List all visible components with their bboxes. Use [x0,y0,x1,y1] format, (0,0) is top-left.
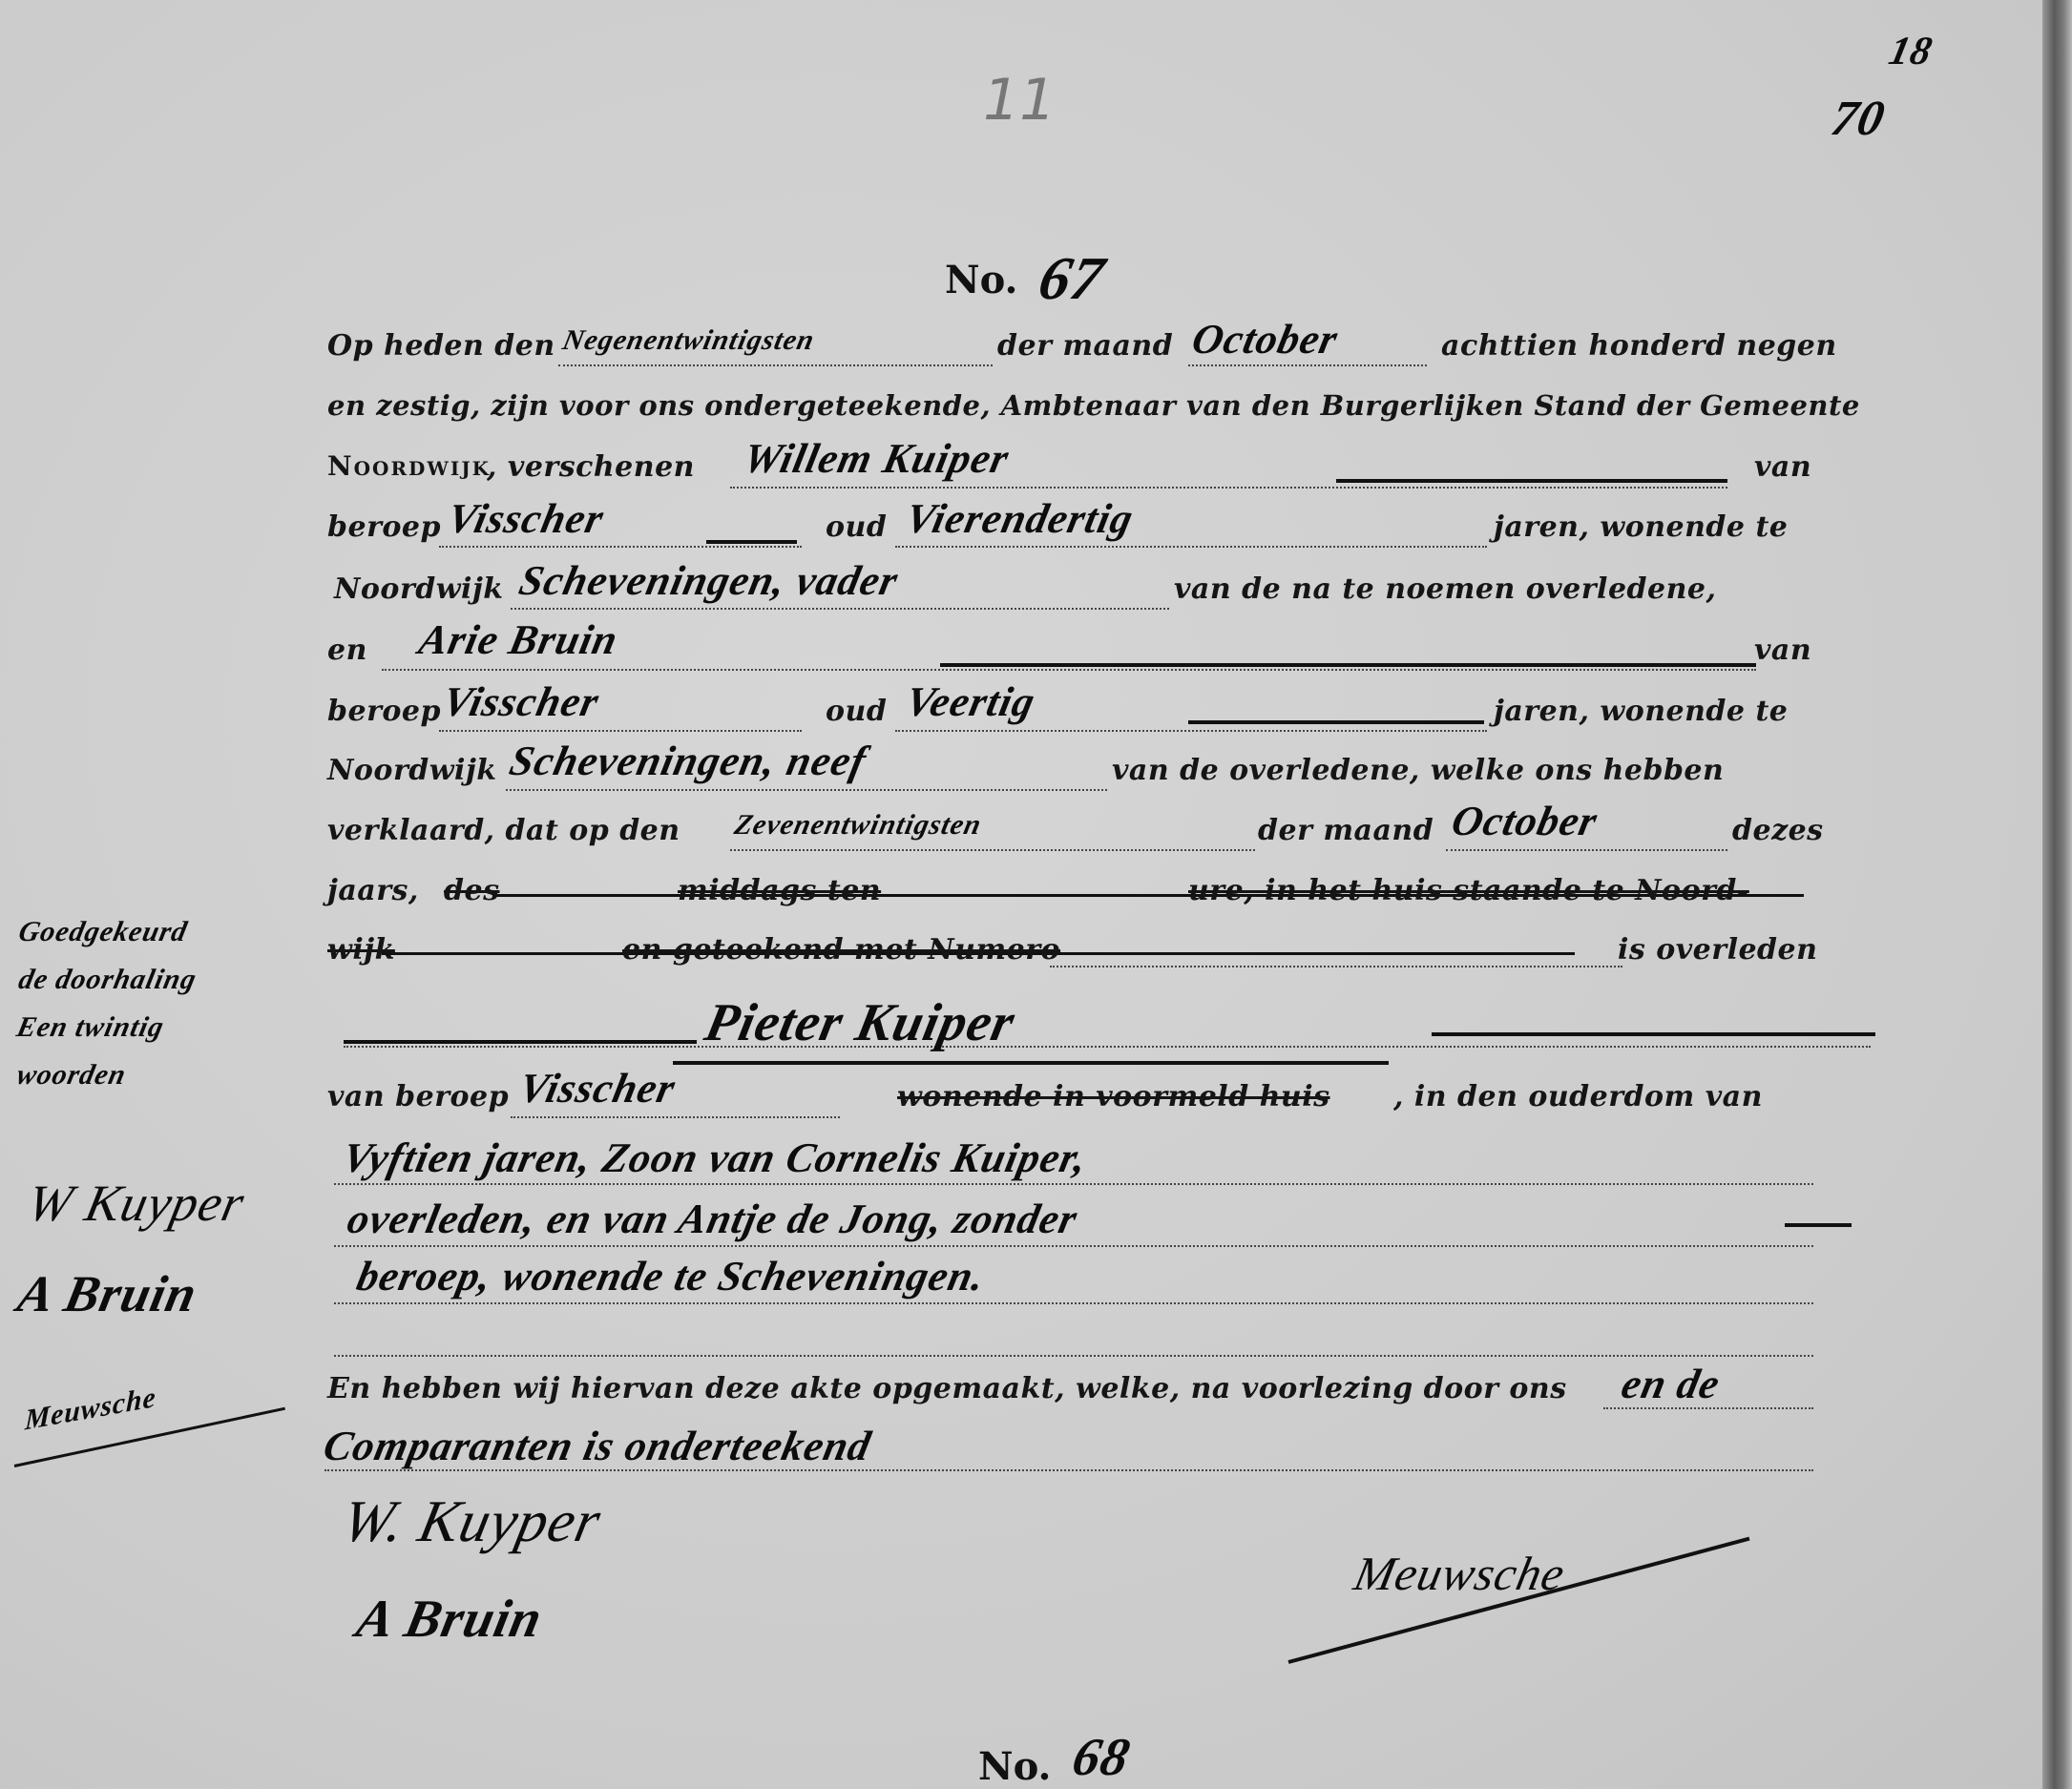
printed-text: van [1754,450,1811,484]
printed-text: van beroep [327,1080,509,1113]
fill-in-line [334,1302,1813,1304]
filler-rule [1336,479,1727,483]
handwritten-occupation: Visscher [444,494,609,543]
filler-rule [344,1040,697,1044]
next-act-number: 68 [1067,1727,1136,1788]
struck-printed-text: ure, in het huis staande te Noord- [1188,874,1749,907]
printed-text: , verschenen [487,450,695,484]
name-underline [673,1061,1389,1065]
struck-printed-text: wonende in voormeld huis [897,1080,1330,1113]
handwritten-death-month: October [1448,797,1602,845]
printed-text: beroep [327,695,441,728]
printed-text: van de na te noemen overledene, [1174,572,1716,606]
printed-text: der maand [997,329,1173,363]
folio-number-bottom: 70 [1827,91,1891,147]
handwritten-closing: Comparanten is onderteekend [320,1422,876,1470]
handwritten-age-parents: Vyftien jaren, Zoon van Cornelis Kuiper, [339,1134,1093,1182]
margin-note-line: de doorhaling [15,964,199,996]
margin-signature: W Kuyper [22,1174,250,1233]
printed-text: oud [826,510,887,544]
handwritten-age: Vierendertig [902,494,1139,543]
fill-in-line [511,1116,840,1118]
printed-text: van [1754,634,1811,667]
printed-text: verklaard, dat op den [327,814,680,847]
handwritten-residence-relation: Scheveningen, neef [506,737,871,785]
fill-in-line [506,789,1107,791]
printed-text: , in den ouderdom van [1393,1080,1763,1113]
fill-in-line [334,1183,1813,1185]
fill-in-line [382,669,1756,671]
handwritten-deceased-name: Pieter Kuiper [700,992,1020,1053]
printed-text: is overleden [1618,933,1817,967]
margin-signature: Meuwsche [24,1382,157,1438]
handwritten-occupation: Visscher [439,677,604,726]
fill-in-line [895,546,1487,548]
handwritten-occupation: Visscher [515,1064,680,1113]
fill-in-line [730,849,1255,851]
printed-text: Noordwijk [327,754,497,787]
fill-in-line [344,1046,1871,1048]
handwritten-declarant-1-name: Willem Kuiper [740,434,1014,483]
handwritten-mother: overleden, en van Antje de Jong, zonder [344,1195,1082,1243]
handwritten-closing: en de [1618,1360,1725,1408]
fill-in-line [1188,364,1427,366]
fill-in-line [334,1245,1813,1247]
signature-declarant-2: A Bruin [351,1589,548,1650]
filler-rule [706,540,797,544]
printed-text: beroep [327,510,441,544]
fill-in-line [895,730,1487,732]
pencil-mark-top: 11 [983,67,1056,134]
printed-text: Op heden den [327,329,555,363]
handwritten-residence-relation: Scheveningen, vader [515,556,903,605]
fill-in-line [1446,849,1727,851]
printed-text: van de overledene, welke ons hebben [1112,754,1724,787]
fill-in-line [439,730,802,732]
printed-text: der maand [1258,814,1434,847]
filler-rule [1785,1223,1852,1227]
fill-in-line [558,364,993,366]
printed-text: oud [826,695,887,728]
margin-note-line: woorden [13,1059,129,1092]
printed-text: jaars, [327,874,419,907]
fill-in-line [439,546,802,548]
printed-text: Noordwijk [334,572,504,606]
margin-signature: A Bruin [12,1264,202,1323]
struck-printed-text: wijk [327,933,395,967]
fill-in-line [1050,966,1622,967]
printed-text: jaren, wonende te [1494,510,1788,544]
handwritten-month: October [1188,315,1343,364]
act-number: 67 [1033,243,1111,314]
next-act-number-label: No. [978,1744,1051,1789]
act-number-label: No. [945,258,1017,302]
struck-printed-text: des [444,874,499,907]
closing-text: En hebben wij hiervan deze akte opgemaak… [327,1372,1567,1405]
book-binding-edge [2042,0,2072,1789]
handwritten-mother-residence: beroep, wonende te Scheveningen. [353,1252,990,1300]
register-page: 11 18 70 No. 67 Op heden den Negenentwin… [0,0,2072,1789]
printed-text: dezes [1732,814,1824,847]
printed-text: en [327,634,367,667]
handwritten-declarant-2-name: Arie Bruin [415,615,623,664]
handwritten-day: Negenentwintigsten [559,324,817,357]
municipality-name: Noordwijk [327,450,491,482]
filler-rule [1432,1032,1875,1036]
struck-printed-text: en geteekend met Numero [622,933,1060,967]
signature-declarant-1: W. Kuyper [336,1488,607,1556]
margin-note-line: Een twintig [13,1011,167,1044]
struck-printed-text: middags ten [678,874,881,907]
fill-in-line [511,608,1169,610]
folio-number-top: 18 [1885,29,1936,74]
handwritten-death-day: Zevenentwintigsten [731,809,984,842]
margin-note-line: Goedgekeurd [15,916,190,948]
fill-in-line [730,487,1727,489]
filler-rule [1188,720,1484,724]
fill-in-line [334,1355,1813,1357]
handwritten-age: Veertig [902,677,1040,726]
printed-text: en zestig, zijn voor ons ondergeteekende… [327,389,1860,422]
printed-text: achttien honderd negen [1441,329,1837,363]
filler-rule [940,663,1756,667]
printed-text: jaren, wonende te [1494,695,1788,728]
